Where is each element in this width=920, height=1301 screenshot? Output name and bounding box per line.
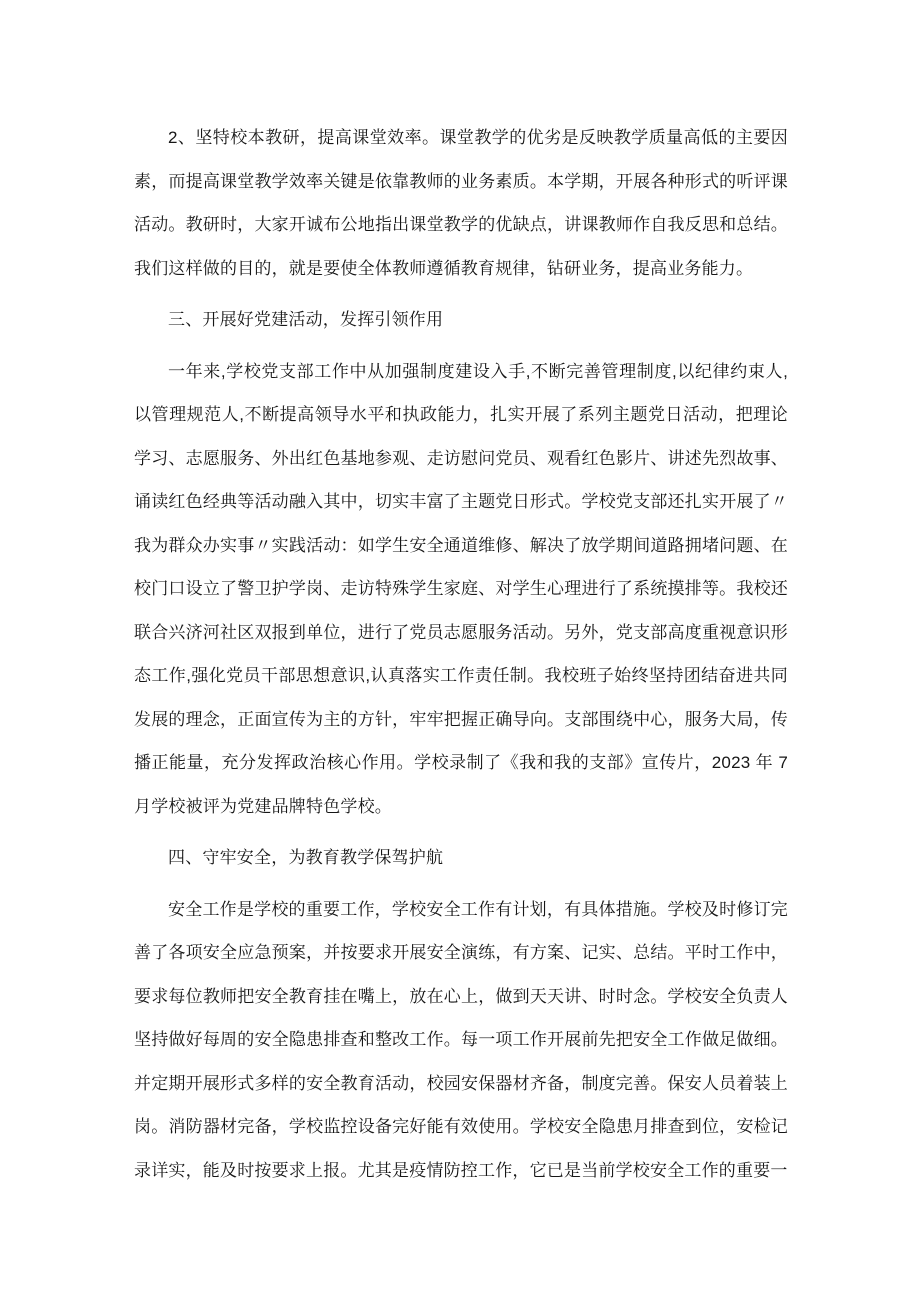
paragraph-teaching-research: 2、坚特校本教研，提高课堂效率。课堂教学的优劣是反映教学质量高低的主要因素，而提…: [134, 116, 788, 290]
paragraph-party-building: 一年来,学校党支部工作中从加强制度建设入手,不断完善管理制度,以纪律约束人,以管…: [134, 350, 788, 829]
section-heading-party-building: 三、开展好党建活动，发挥引领作用: [134, 298, 788, 342]
paragraph-safety: 安全工作是学校的重要工作，学校安全工作有计划，有具体措施。学校及时修订完善了各项…: [134, 888, 788, 1193]
document-page: 2、坚特校本教研，提高课堂效率。课堂教学的优劣是反映教学质量高低的主要因素，而提…: [0, 0, 920, 1301]
section-heading-safety: 四、守牢安全，为教育教学保驾护航: [134, 836, 788, 880]
